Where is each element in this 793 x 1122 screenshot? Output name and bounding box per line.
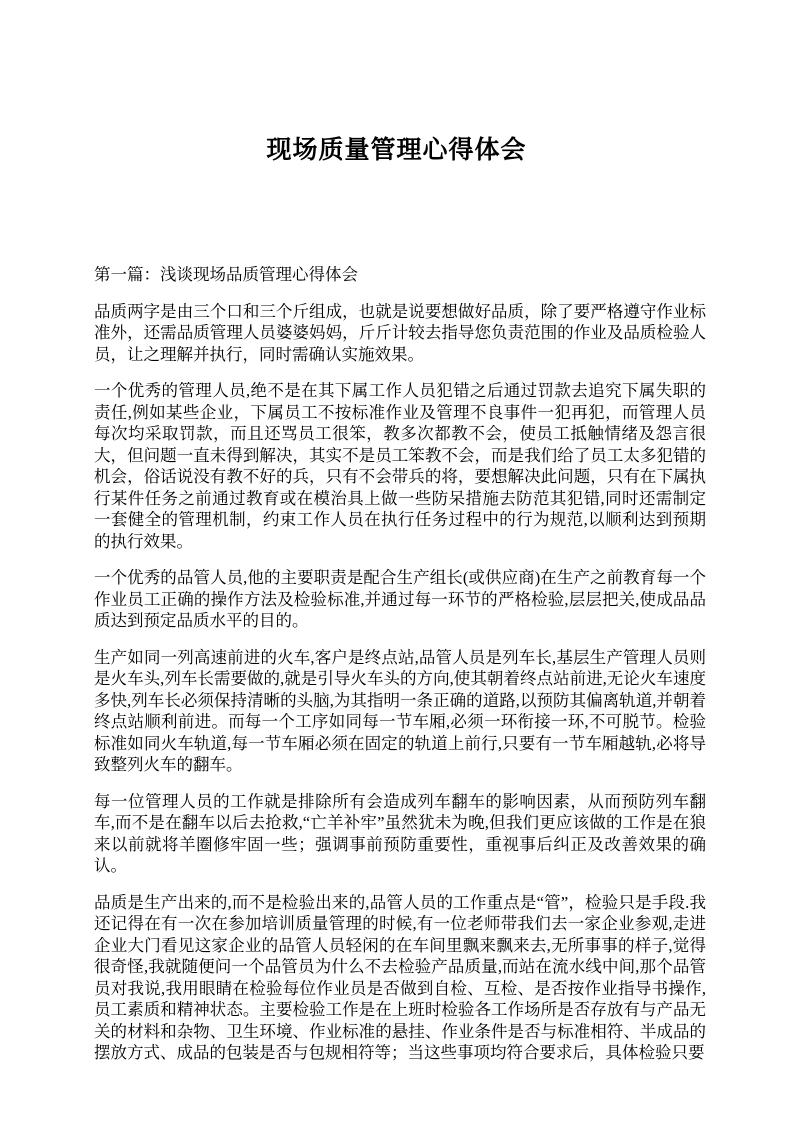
document-page: 现场质量管理心得体会 第一篇：浅谈现场品质管理心得体会 品质两字是由三个口和三个… [0, 0, 793, 1122]
paragraph-excellent-manager: 一个优秀的管理人员,绝不是在其下属工作人员犯错之后通过罚款去追究下属失职的责任,… [94, 380, 706, 552]
document-body: 第一篇：浅谈现场品质管理心得体会 品质两字是由三个口和三个斤组成，也就是说要想做… [94, 264, 706, 1064]
paragraph-prevention: 每一位管理人员的工作就是排除所有会造成列车翻车的影响因素，从而预防列车翻车,而不… [94, 791, 706, 877]
paragraph-quality-produced: 品质是生产出来的,而不是检验出来的,品管人员的工作重点是“管”，检验只是手段.我… [94, 892, 706, 1064]
paragraph-quality-two-words: 品质两字是由三个口和三个斤组成，也就是说要想做好品质，除了要严格遵守作业标准外，… [94, 301, 706, 366]
section-heading: 第一篇：浅谈现场品质管理心得体会 [94, 264, 706, 286]
document-title: 现场质量管理心得体会 [0, 0, 793, 164]
paragraph-qc-duty: 一个优秀的品管人员,他的主要职责是配合生产组长(或供应商)在生产之前教育每一个作… [94, 567, 706, 632]
paragraph-train-metaphor: 生产如同一列高速前进的火车,客户是终点站,品管人员是列车长,基层生产管理人员则是… [94, 647, 706, 776]
